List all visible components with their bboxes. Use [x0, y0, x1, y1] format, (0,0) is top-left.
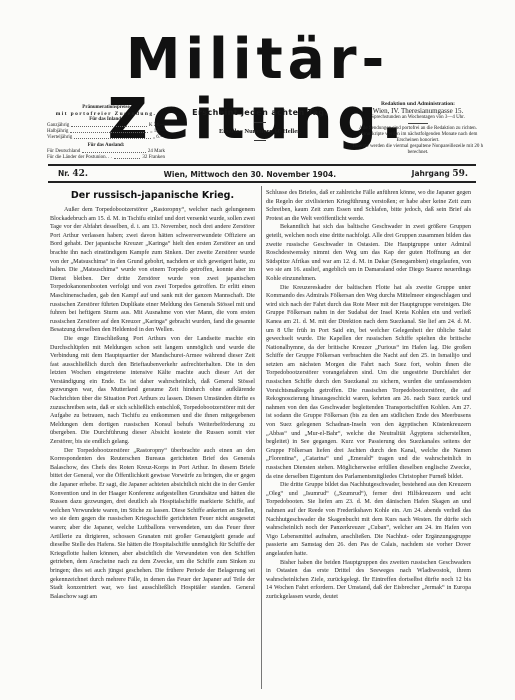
- article-paragraph: Die Kreuzereskadre der baltischen Flotte…: [266, 284, 471, 482]
- article-paragraph: Die enge Einschließung Port Arthurs von …: [50, 335, 255, 447]
- office-address: Wien, IV. Theresianumgasse 15.: [348, 107, 488, 115]
- publication-info: Erscheint jeden achten Tag. Einzelne Num…: [175, 108, 345, 146]
- volume-number: Jahrgang 59.: [412, 169, 468, 179]
- frequency-note: Erscheint jeden achten Tag.: [175, 108, 345, 117]
- rule-top: [48, 164, 476, 166]
- subscription-prices: Pränumerationspreise mit portofreier Zus…: [47, 105, 165, 161]
- article-paragraph: Schlusse des Briefes, daß er zahlreiche …: [266, 189, 471, 223]
- editorial-office: Redaktion und Administration: Wien, IV. …: [348, 101, 488, 156]
- issue-date: Wien, Mittwoch den 30. November 1904.: [164, 170, 336, 179]
- article-column-right: Schlusse des Briefes, daß er zahlreiche …: [266, 189, 471, 602]
- article-title: Der russisch-japanische Krieg.: [50, 190, 255, 202]
- rule-bottom: [48, 181, 476, 183]
- advertising-notice: Inserate werden die viermal gespaltene N…: [348, 144, 488, 156]
- price-row: Vierteljährig„ 6.—: [47, 135, 165, 141]
- office-hours: Sprechstunden an Wochentagen von 3—4 Uhr…: [348, 115, 488, 121]
- article-column-left: Der russisch-japanische Krieg. Außer dem…: [50, 190, 255, 601]
- article-paragraph: Außer dem Torpedobootzerstörer „Rastorop…: [50, 206, 255, 335]
- divider: [254, 140, 266, 141]
- divider: [408, 123, 428, 124]
- column-divider: [261, 186, 262, 689]
- article-paragraph: Die dritte Gruppe bildet das Nachhutgesc…: [266, 481, 471, 558]
- article-paragraph: Der Torpedobootzerstörer „Rastoropny“ üb…: [50, 447, 255, 602]
- divider: [254, 122, 266, 123]
- issue-number: Nr. 42.: [58, 169, 88, 179]
- price-row: Für die Länder der Postunion. . .32 Fran…: [47, 155, 165, 161]
- manuscript-notice: Manuskripte werden im nächstfolgenden Mo…: [348, 132, 488, 144]
- article-paragraph: Bekanntlich hat sich das baltische Gesch…: [266, 223, 471, 283]
- dateline: Nr. 42. Wien, Mittwoch den 30. November …: [58, 168, 468, 180]
- article-paragraph: Bisher haben die beiden Hauptgruppen des…: [266, 559, 471, 602]
- single-issue-price: Einzelne Nummern 60 Heller.: [175, 128, 345, 135]
